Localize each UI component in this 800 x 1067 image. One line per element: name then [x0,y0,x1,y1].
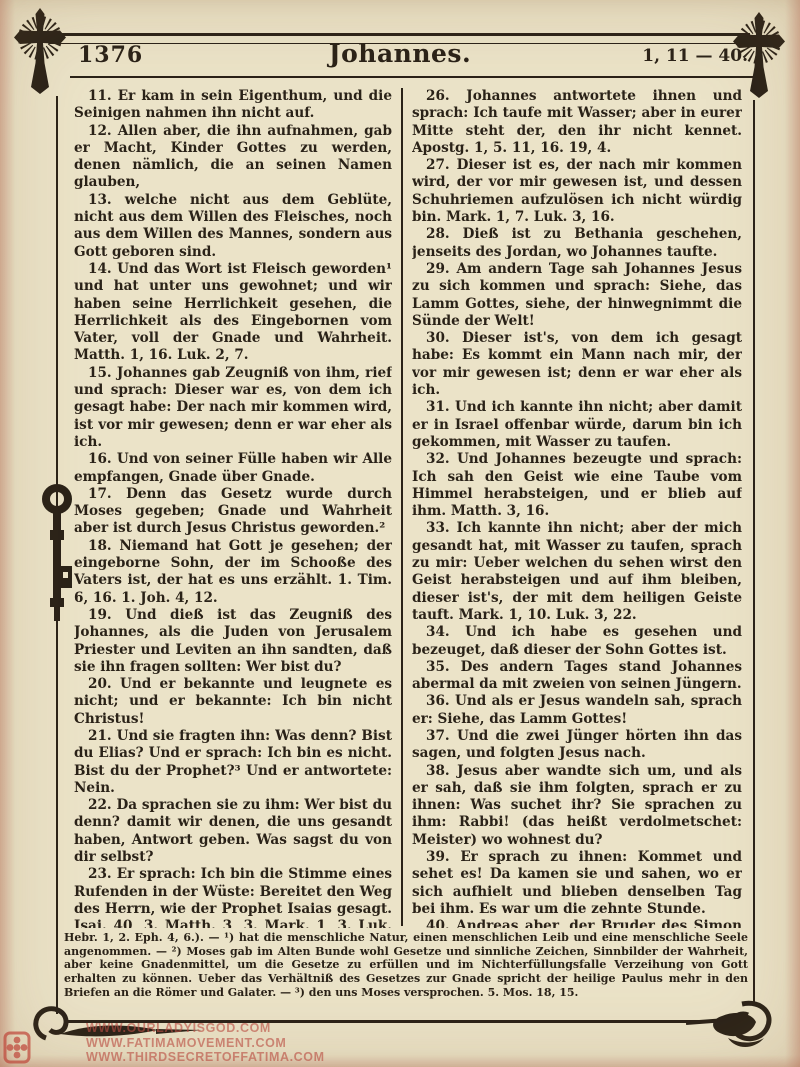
verse-32: 32. Und Johannes bezeugte und sprach: Ic… [412,451,742,520]
verse-number: 37. [426,728,457,744]
verse-text: Dieser ist es, der nach mir kommen wird,… [412,157,742,225]
verse-number: 18. [88,538,119,554]
column-right: 26. Johannes antwortete ihnen und sprach… [412,88,742,928]
verse-text: Des andern Tages stand Johannes abermal … [412,659,742,692]
verse-number: 11. [88,88,118,104]
verse-number: 33. [426,520,457,536]
verse-29: 29. Am andern Tage sah Johannes Jesus zu… [412,261,742,330]
verse-number: 21. [88,728,117,744]
verse-number: 38. [426,763,457,779]
verse-21: 21. Und sie fragten ihn: Was denn? Bist … [74,728,392,797]
verse-text: Jesus aber wandte sich um, und als er sa… [412,763,742,848]
verse-number: 40. [426,918,456,928]
scan-edge-tint [785,0,800,1067]
verse-number: 15. [88,365,117,381]
verse-22: 22. Da sprachen sie zu ihm: Wer bist du … [74,797,392,866]
verse-number: 27. [426,157,457,173]
verse-number: 29. [426,261,456,277]
verse-39: 39. Er sprach zu ihnen: Kommet und sehet… [412,849,742,918]
verse-number: 13. [88,192,125,208]
verse-37: 37. Und die zwei Jünger hörten ihn das s… [412,728,742,763]
verse-11: 11. Er kam in sein Eigenthum, und die Se… [74,88,392,123]
verse-number: 16. [88,451,117,467]
verse-number: 26. [426,88,466,104]
scan-edge-tint [0,0,15,1067]
verse-28: 28. Dieß ist zu Bethania geschehen, jens… [412,226,742,261]
column-divider-rule [401,88,403,926]
verse-number: 39. [426,849,460,865]
verse-text: Ich kannte ihn nicht; aber der mich gesa… [412,520,742,622]
verse-34: 34. Und ich habe es gesehen und bezeuget… [412,624,742,659]
verse-23: 23. Er sprach: Ich bin die Stimme eines … [74,866,392,928]
verse-number: 31. [426,399,455,415]
verse-number: 23. [88,866,117,882]
verse-text: Und die zwei Jünger hörten ihn das sagen… [412,728,742,761]
verse-text: Und als er Jesus wandeln sah, sprach er:… [412,693,742,726]
verse-38: 38. Jesus aber wandte sich um, und als e… [412,763,742,849]
verse-number: 19. [88,607,125,623]
header-rule [70,76,758,78]
verse-text: Am andern Tage sah Johannes Jesus zu sic… [412,261,742,329]
watermark-line: WWW.OURLADYISGOD.COM [86,1021,325,1036]
verse-26: 26. Johannes antwortete ihnen und sprach… [412,88,742,157]
verse-text: Er kam in sein Eigenthum, und die Seinig… [74,88,392,121]
verse-13: 13. welche nicht aus dem Geblüte, nicht … [74,192,392,261]
verse-12: 12. Allen aber, die ihn aufnahmen, gab e… [74,123,392,192]
book-page: 1376 Johannes. 1, 11 — 40. 11. Er kam in… [0,0,800,1067]
verse-text: Und Johannes bezeugte und sprach: Ich sa… [412,451,742,519]
verse-16: 16. Und von seiner Fülle haben wir Alle … [74,451,392,486]
verse-text: Da sprachen sie zu ihm: Wer bist du denn… [74,797,392,865]
verse-20: 20. Und er bekannte und leugnete es nich… [74,676,392,728]
verse-number: 35. [426,659,461,675]
verse-text: Johannes gab Zeugniß von ihm, rief und s… [74,365,392,450]
verse-14: 14. Und das Wort ist Fleisch geworden¹ u… [74,261,392,365]
watermark-line: WWW.THIRDSECRETOFFATIMA.COM [86,1050,325,1065]
verse-text: Er sprach zu ihnen: Kommet und sehet es!… [412,849,742,917]
verse-range: 1, 11 — 40. [642,46,748,66]
verse-text: Allen aber, die ihn aufnahmen, gab er Ma… [74,123,392,191]
verse-17: 17. Denn das Gesetz wurde durch Moses ge… [74,486,392,538]
watermark-line: WWW.FATIMAMOVEMENT.COM [86,1036,325,1051]
verse-text: Und das Wort ist Fleisch geworden¹ und h… [74,261,392,363]
verse-number: 32. [426,451,457,467]
verse-text: Andreas aber, der Bruder des Simon Petru… [412,918,742,928]
verse-40: 40. Andreas aber, der Bruder des Simon P… [412,918,742,928]
verse-35: 35. Des andern Tages stand Johannes aber… [412,659,742,694]
verse-number: 28. [426,226,463,242]
verse-text: Und sie fragten ihn: Was denn? Bist du E… [74,728,392,796]
red-cross-emblem-icon [2,1031,32,1065]
verse-number: 17. [88,486,126,502]
verse-text: Und ich kannte ihn nicht; aber damit er … [412,399,742,450]
verse-number: 22. [88,797,116,813]
verse-number: 34. [426,624,465,640]
verse-33: 33. Ich kannte ihn nicht; aber der mich … [412,520,742,624]
verse-number: 14. [88,261,117,277]
right-border-rule [753,100,755,1005]
verse-number: 30. [426,330,462,346]
verse-36: 36. Und als er Jesus wandeln sah, sprach… [412,693,742,728]
footnotes-block: Hebr. 1, 2. Eph. 4, 6.). — ¹) hat die me… [64,931,748,1009]
verse-text: Und von seiner Fülle haben wir Alle empf… [74,451,392,484]
verse-text: Er sprach: Ich bin die Stimme eines Rufe… [74,866,392,928]
verse-number: 36. [426,693,455,709]
verse-number: 20. [88,676,120,692]
verse-31: 31. Und ich kannte ihn nicht; aber damit… [412,399,742,451]
watermarks: WWW.OURLADYISGOD.COM WWW.FATIMAMOVEMENT.… [86,1021,325,1065]
verse-15: 15. Johannes gab Zeugniß von ihm, rief u… [74,365,392,451]
verse-18: 18. Niemand hat Gott je gesehen; der ein… [74,538,392,607]
verse-text: Und er bekannte und leugnete es nicht; u… [74,676,392,727]
verse-19: 19. Und dieß ist das Zeugniß des Johanne… [74,607,392,676]
verse-text: Niemand hat Gott je gesehen; der eingebo… [74,538,392,606]
verse-27: 27. Dieser ist es, der nach mir kommen w… [412,157,742,226]
key-icon [42,480,72,630]
verse-30: 30. Dieser ist's, von dem ich gesagt hab… [412,330,742,399]
verse-number: 12. [88,123,118,139]
column-left: 11. Er kam in sein Eigenthum, und die Se… [74,88,392,928]
verse-text: Dieser ist's, von dem ich gesagt habe: E… [412,330,742,398]
